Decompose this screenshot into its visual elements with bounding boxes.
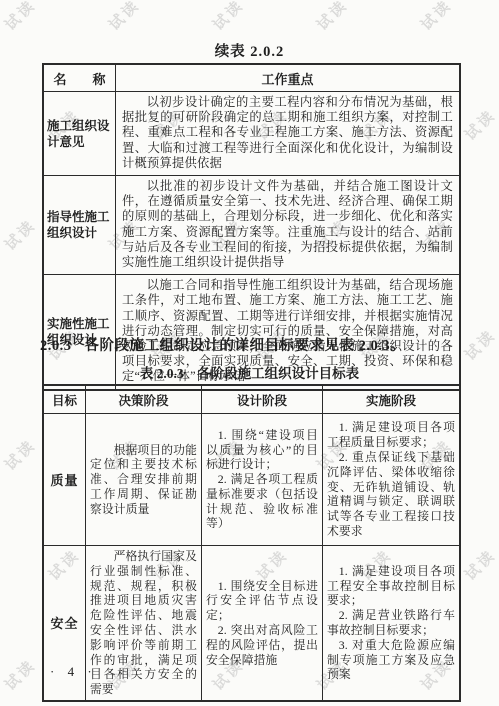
table-cell: 以初步设计确定的主要工程内容和分布情况为基础，根据批复的可研阶段确定的总工期和施… <box>115 91 459 175</box>
column-header-decision-stage: 决策阶段 <box>85 386 201 413</box>
page-number: · 4 · <box>50 664 97 680</box>
safety-implementation-cell: 1. 满足建设项目各项工程安全事故控制目标要求； 2. 满足营业铁路行车事故控制… <box>322 545 459 700</box>
document-page: 试读试读试读试读试读试读试读试读试读试读试读试读试读试读试读试读试读试读试读试读… <box>0 0 499 706</box>
section-text: 各阶段施工组织设计的详细目标要求见表 2.0.3。 <box>85 338 406 354</box>
table-row-label: 指导性施工组织设计 <box>44 175 115 274</box>
column-header-goal: 目标 <box>44 386 85 413</box>
quality-design-cell: 1. 围绕“建设项目以质量为核心”的目标进行设计； 2. 满足各项工程质量标准要… <box>201 413 322 545</box>
section-heading: 2.0.3各阶段施工组织设计的详细目标要求见表 2.0.3。 <box>40 334 480 355</box>
cell-paragraph: 1. 围绕安全目标进行安全评估节点设定； <box>206 579 318 623</box>
cell-paragraph: 1. 满足建设项目各项工程质量目标要求； <box>327 420 455 450</box>
page-content: 续表 2.0.2 名 称 工作重点 施工组织设计意见 以初步设计确定的主要工程内… <box>0 0 499 706</box>
section-number: 2.0.3 <box>40 338 72 354</box>
goal-label-quality: 质量 <box>44 413 85 545</box>
column-header-design-stage: 设计阶段 <box>201 386 322 413</box>
safety-decision-cell: 严格执行国家及行业强制性标准、规范、规程，积极推进项目地质灾害危险性评估、地震安… <box>85 545 201 700</box>
cell-paragraph: 以批准的初步设计文件为基础，并结合施工图设计文件，在遵循质量安全第一、技术先进、… <box>122 179 453 270</box>
quality-decision-cell: 根据项目的功能定位和主要技术标准、合理安排前期工作周期、保证勘察设计质量 <box>85 413 201 545</box>
cell-paragraph: 严格执行国家及行业强制性标准、规范、规程，积极推进项目地质灾害危险性评估、地震安… <box>90 549 197 697</box>
goals-table-title: 表 2.0.3 各阶段施工组织设计目标表 <box>0 362 499 382</box>
cell-paragraph: 1. 围绕“建设项目以质量为核心”的目标进行设计； <box>206 428 318 472</box>
safety-design-cell: 1. 围绕安全目标进行安全评估节点设定； 2. 突出对高风险工程的风险评估，提出… <box>201 545 322 700</box>
cell-paragraph: 2. 重点保证线下基础沉降评估、梁体收缩徐变、无砟轨道铺设、轨道精调与锁定、联调… <box>327 450 455 539</box>
table-row-label: 施工组织设计意见 <box>44 91 115 175</box>
cell-paragraph: 根据项目的功能定位和主要技术标准、合理安排前期工作周期、保证勘察设计质量 <box>90 443 197 517</box>
continued-table-title: 续表 2.0.2 <box>0 40 499 61</box>
goals-table: 目标 决策阶段 设计阶段 实施阶段 质量 根据项目的功能定位和主要技术标准、合理… <box>42 384 461 702</box>
cell-paragraph: 2. 满足各项工程质量标准要求（包括设计规范、验收标准等） <box>206 472 318 531</box>
cell-paragraph: 1. 满足建设项目各项工程安全事故控制目标要求； <box>327 564 455 608</box>
table-cell: 以批准的初步设计文件为基础，并结合施工图设计文件，在遵循质量安全第一、技术先进、… <box>115 175 459 274</box>
cell-paragraph: 3. 对重大危险源应编制专项施工方案及应急预案 <box>327 638 455 682</box>
cell-paragraph: 2. 满足营业铁路行车事故控制目标要求； <box>327 608 455 638</box>
column-header-name: 名 称 <box>44 65 115 91</box>
quality-implementation-cell: 1. 满足建设项目各项工程质量目标要求； 2. 重点保证线下基础沉降评估、梁体收… <box>322 413 459 545</box>
cell-paragraph: 以初步设计确定的主要工程内容和分布情况为基础，根据批复的可研阶段确定的总工期和施… <box>122 95 453 171</box>
column-header-workfocus: 工作重点 <box>115 65 459 91</box>
column-header-implementation-stage: 实施阶段 <box>322 386 459 413</box>
cell-paragraph: 2. 突出对高风险工程的风险评估，提出安全保障措施 <box>206 623 318 667</box>
